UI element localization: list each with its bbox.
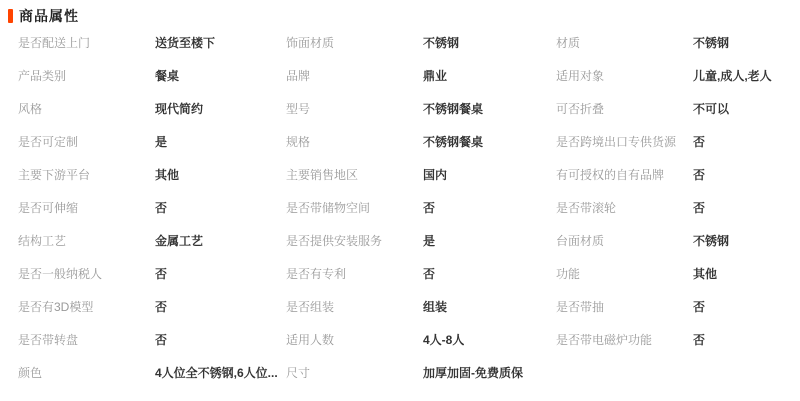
- attribute-row: 产品类别餐桌品牌鼎业适用对象儿童,成人,老人: [18, 59, 800, 92]
- attribute-label: 是否可定制: [18, 133, 155, 150]
- accent-bar-icon: [8, 9, 13, 23]
- attribute-cell: 产品类别餐桌: [18, 67, 286, 84]
- attribute-label: 主要销售地区: [286, 166, 423, 183]
- attribute-cell: 品牌鼎业: [286, 67, 556, 84]
- attribute-cell: 是否带电磁炉功能否: [556, 331, 800, 348]
- attribute-cell: 主要下游平台其他: [18, 166, 286, 183]
- attribute-value: 否: [693, 298, 705, 315]
- attribute-label: 结构工艺: [18, 232, 155, 249]
- attribute-label: 饰面材质: [286, 34, 423, 51]
- attribute-label: 尺寸: [286, 364, 423, 381]
- attribute-row: 是否有3D模型否是否组装组装是否带抽否: [18, 290, 800, 323]
- attribute-label: 是否带抽: [556, 298, 693, 315]
- attribute-label: 是否带滚轮: [556, 199, 693, 216]
- attribute-cell: 台面材质不锈钢: [556, 232, 800, 249]
- attribute-cell: 规格不锈钢餐桌: [286, 133, 556, 150]
- attribute-value: 是: [155, 133, 167, 150]
- attribute-label: 是否带电磁炉功能: [556, 331, 693, 348]
- attribute-cell: 是否可定制是: [18, 133, 286, 150]
- attribute-value: 不锈钢: [693, 34, 729, 51]
- attribute-value: 加厚加固-免费质保: [423, 364, 523, 381]
- attribute-label: 是否配送上门: [18, 34, 155, 51]
- attribute-cell: 型号不锈钢餐桌: [286, 100, 556, 117]
- attribute-label: 规格: [286, 133, 423, 150]
- attribute-value: 否: [155, 265, 167, 282]
- attribute-value: 是: [423, 232, 435, 249]
- attribute-value: 否: [693, 133, 705, 150]
- attribute-label: 是否带转盘: [18, 331, 155, 348]
- attribute-label: 颜色: [18, 364, 155, 381]
- attribute-cell: 是否跨境出口专供货源否: [556, 133, 800, 150]
- attribute-value: 否: [423, 199, 435, 216]
- attribute-label: 功能: [556, 265, 693, 282]
- attributes-grid: 是否配送上门送货至楼下饰面材质不锈钢材质不锈钢产品类别餐桌品牌鼎业适用对象儿童,…: [0, 26, 800, 389]
- attribute-label: 品牌: [286, 67, 423, 84]
- attribute-label: 是否带储物空间: [286, 199, 423, 216]
- attribute-row: 颜色4人位全不锈钢,6人位...尺寸加厚加固-免费质保: [18, 356, 800, 389]
- attribute-value: 否: [155, 298, 167, 315]
- attribute-value: 不锈钢餐桌: [423, 133, 483, 150]
- attribute-value: 其他: [693, 265, 717, 282]
- attribute-value: 否: [693, 331, 705, 348]
- attribute-value: 4人-8人: [423, 331, 464, 348]
- attribute-cell: 材质不锈钢: [556, 34, 800, 51]
- attribute-label: 可否折叠: [556, 100, 693, 117]
- attribute-label: 适用对象: [556, 67, 693, 84]
- attribute-cell: 适用对象儿童,成人,老人: [556, 67, 800, 84]
- attribute-label: 是否一般纳税人: [18, 265, 155, 282]
- attribute-row: 风格现代简约型号不锈钢餐桌可否折叠不可以: [18, 92, 800, 125]
- attribute-value: 否: [155, 331, 167, 348]
- attribute-row: 是否带转盘否适用人数4人-8人是否带电磁炉功能否: [18, 323, 800, 356]
- attribute-label: 适用人数: [286, 331, 423, 348]
- attribute-cell: 是否组装组装: [286, 298, 556, 315]
- attribute-cell: 适用人数4人-8人: [286, 331, 556, 348]
- attribute-cell: 风格现代简约: [18, 100, 286, 117]
- attribute-cell: 主要销售地区国内: [286, 166, 556, 183]
- attribute-value: 现代简约: [155, 100, 203, 117]
- product-attributes-page: 商品属性 是否配送上门送货至楼下饰面材质不锈钢材质不锈钢产品类别餐桌品牌鼎业适用…: [0, 0, 800, 401]
- attribute-cell: 是否有专利否: [286, 265, 556, 282]
- attribute-value: 儿童,成人,老人: [693, 67, 772, 84]
- attribute-cell: 是否带转盘否: [18, 331, 286, 348]
- attribute-cell: 功能其他: [556, 265, 800, 282]
- attribute-label: 是否跨境出口专供货源: [556, 133, 693, 150]
- attribute-value: 否: [423, 265, 435, 282]
- attribute-label: 材质: [556, 34, 693, 51]
- attribute-value: 不锈钢: [423, 34, 459, 51]
- attribute-value: 不锈钢餐桌: [423, 100, 483, 117]
- attribute-value: 否: [155, 199, 167, 216]
- attribute-cell: 可否折叠不可以: [556, 100, 800, 117]
- attribute-value: 金属工艺: [155, 232, 203, 249]
- attribute-label: 有可授权的自有品牌: [556, 166, 693, 183]
- section-header: 商品属性: [0, 8, 800, 24]
- attribute-cell: 是否带抽否: [556, 298, 800, 315]
- attribute-value: 鼎业: [423, 67, 447, 84]
- attribute-value: 送货至楼下: [155, 34, 215, 51]
- attribute-label: 是否组装: [286, 298, 423, 315]
- attribute-row: 是否配送上门送货至楼下饰面材质不锈钢材质不锈钢: [18, 26, 800, 59]
- attribute-value: 否: [693, 166, 705, 183]
- attribute-row: 主要下游平台其他主要销售地区国内有可授权的自有品牌否: [18, 158, 800, 191]
- attribute-cell: 饰面材质不锈钢: [286, 34, 556, 51]
- attribute-label: 型号: [286, 100, 423, 117]
- attribute-value: 组装: [423, 298, 447, 315]
- attribute-label: 是否提供安装服务: [286, 232, 423, 249]
- attribute-cell: 尺寸加厚加固-免费质保: [286, 364, 556, 381]
- attribute-cell: 是否可伸缩否: [18, 199, 286, 216]
- attribute-label: 风格: [18, 100, 155, 117]
- attribute-value: 其他: [155, 166, 179, 183]
- attribute-row: 是否可伸缩否是否带储物空间否是否带滚轮否: [18, 191, 800, 224]
- attribute-cell: 是否一般纳税人否: [18, 265, 286, 282]
- attribute-row: 是否可定制是规格不锈钢餐桌是否跨境出口专供货源否: [18, 125, 800, 158]
- attribute-label: 主要下游平台: [18, 166, 155, 183]
- attribute-label: 产品类别: [18, 67, 155, 84]
- attribute-row: 结构工艺金属工艺是否提供安装服务是台面材质不锈钢: [18, 224, 800, 257]
- attribute-cell: 是否带滚轮否: [556, 199, 800, 216]
- attribute-value: 不锈钢: [693, 232, 729, 249]
- attribute-value: 餐桌: [155, 67, 179, 84]
- attribute-row: 是否一般纳税人否是否有专利否功能其他: [18, 257, 800, 290]
- attribute-label: 台面材质: [556, 232, 693, 249]
- attribute-value: 国内: [423, 166, 447, 183]
- attribute-cell: 结构工艺金属工艺: [18, 232, 286, 249]
- attribute-label: 是否有专利: [286, 265, 423, 282]
- attribute-label: 是否可伸缩: [18, 199, 155, 216]
- attribute-value: 否: [693, 199, 705, 216]
- attribute-cell: 是否带储物空间否: [286, 199, 556, 216]
- attribute-label: 是否有3D模型: [18, 298, 155, 315]
- attribute-cell: 有可授权的自有品牌否: [556, 166, 800, 183]
- attribute-cell: 颜色4人位全不锈钢,6人位...: [18, 364, 286, 381]
- attribute-value: 4人位全不锈钢,6人位...: [155, 364, 278, 381]
- attribute-value: 不可以: [693, 100, 729, 117]
- section-title: 商品属性: [19, 6, 79, 26]
- attribute-cell: 是否配送上门送货至楼下: [18, 34, 286, 51]
- attribute-cell: 是否提供安装服务是: [286, 232, 556, 249]
- attribute-cell: 是否有3D模型否: [18, 298, 286, 315]
